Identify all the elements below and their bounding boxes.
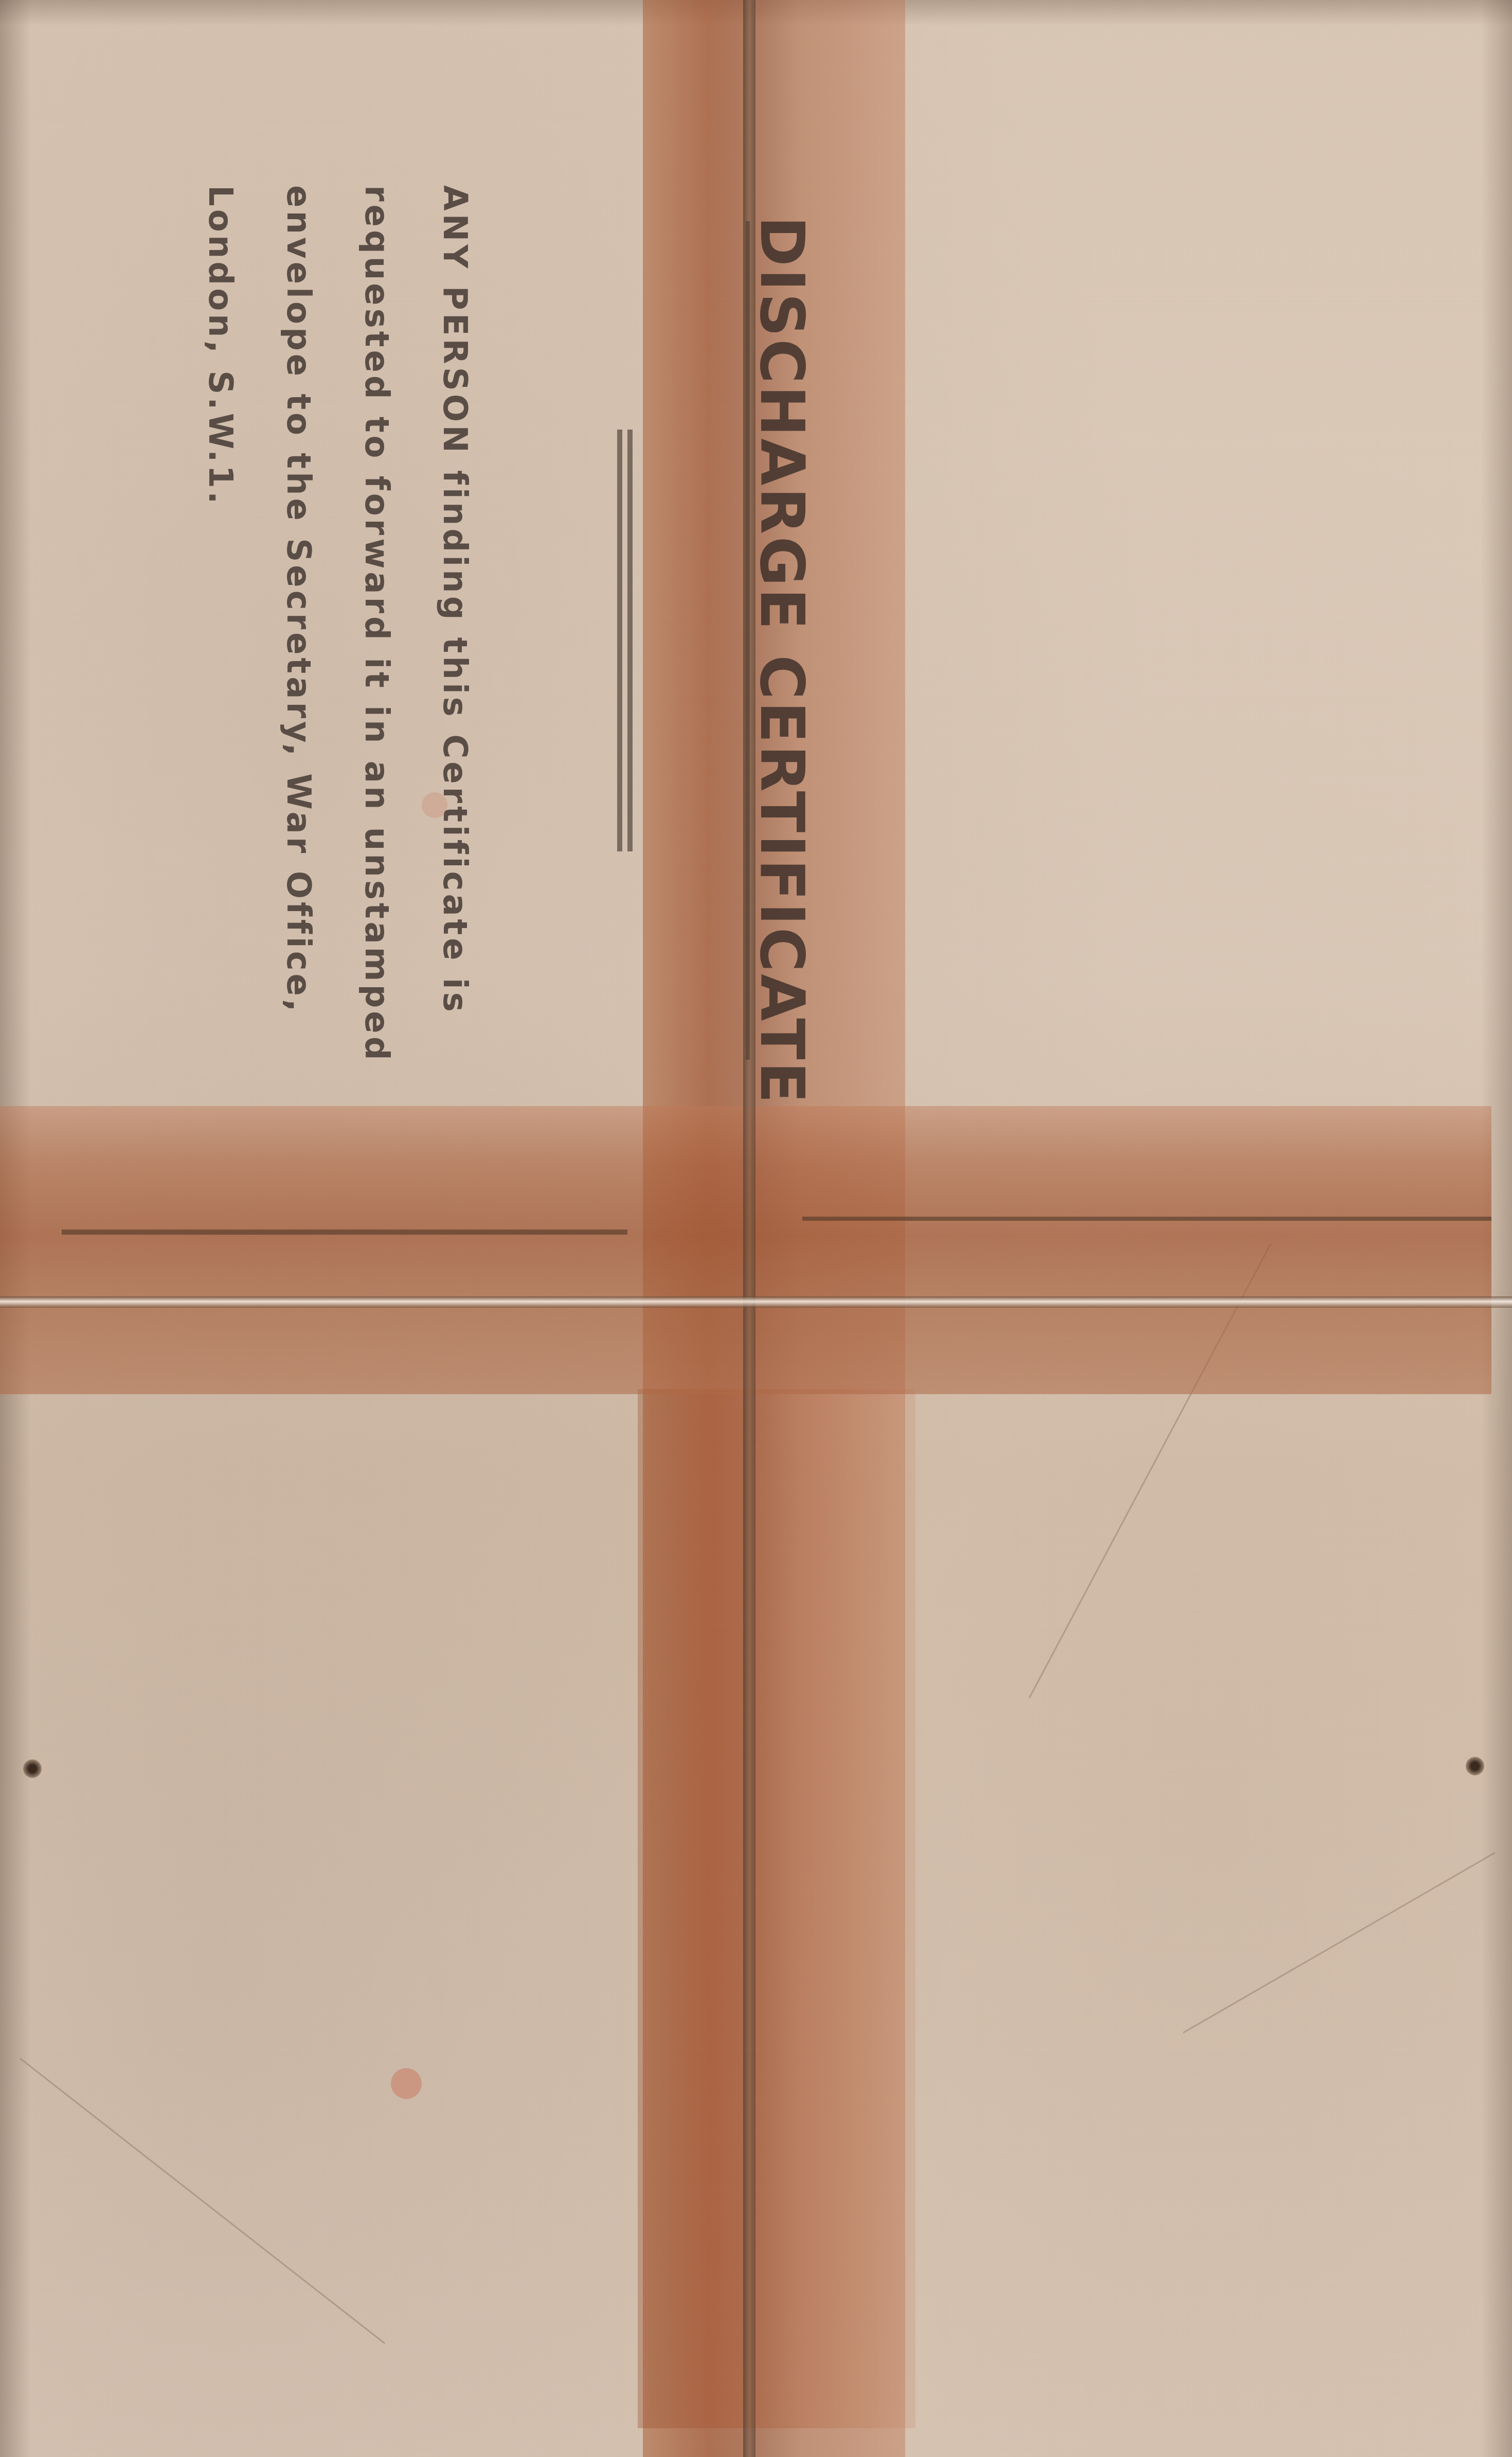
fold-line-vertical [743, 0, 755, 2457]
notice-line: ANY PERSON finding this Certificate is [416, 185, 494, 1152]
fold-line-horizontal [0, 1296, 1512, 1308]
notice-line: requested to forward it in an unstamped [337, 185, 416, 1152]
tape-edge [802, 1217, 1491, 1221]
punch-hole [1466, 1757, 1484, 1775]
punch-hole [23, 1759, 42, 1778]
repair-tape-vertical-lower [638, 1389, 915, 2428]
double-rule [617, 430, 622, 851]
notice-line: London, S.W.1. [181, 185, 259, 1152]
notice-paragraph: ANY PERSON finding this Certificate is r… [175, 185, 494, 1152]
notice-line: envelope to the Secretary, War Office, [259, 185, 337, 1152]
double-rule [627, 430, 633, 851]
document-heading: DISCHARGE CERTIFICATE [746, 216, 818, 1060]
tape-edge [62, 1230, 627, 1235]
stain [391, 2068, 422, 2099]
